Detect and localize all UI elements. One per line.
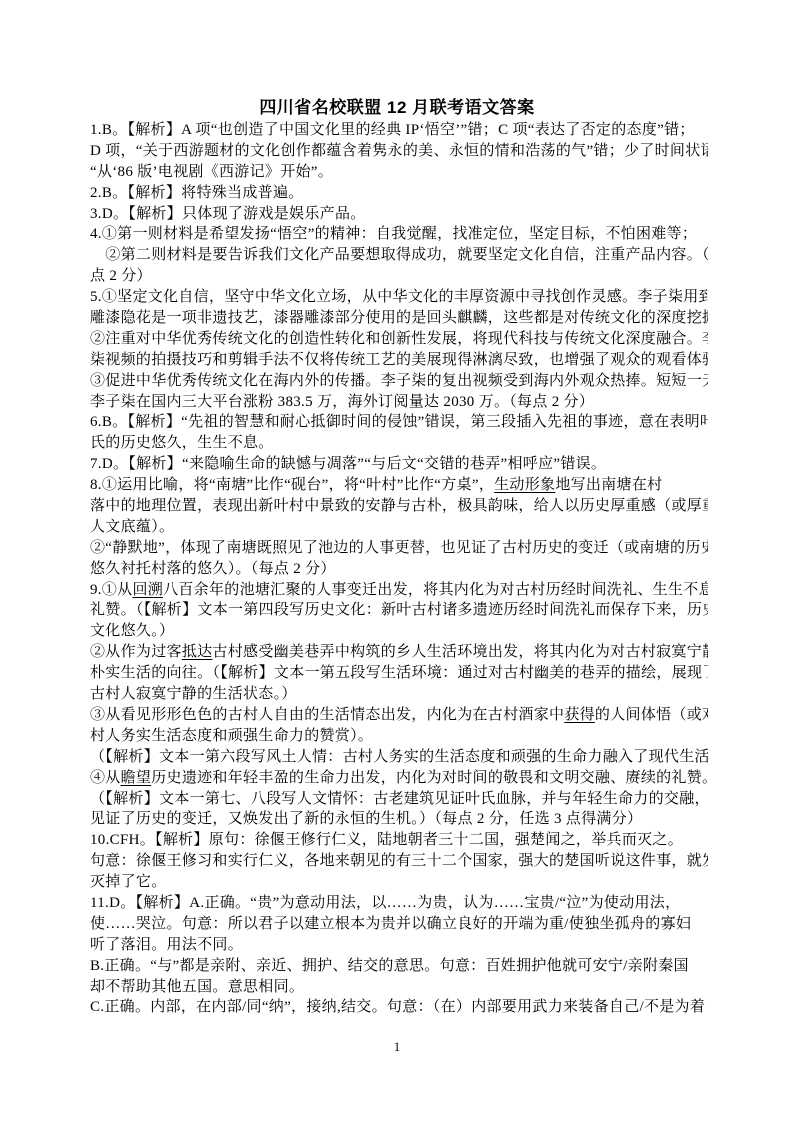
- text-line: 5.①坚定文化自信，坚守中华文化立场，从中华文化的丰厚资源中寻找创作灵感。李子柒…: [90, 287, 708, 308]
- text-segment: C.正确。内部，在内部/同“纳”，接纳,结交。句意：（在）内部要用武力来装备自己…: [90, 999, 705, 1015]
- text-line: ④从瞻望历史遗迹和年轻丰盈的生命力出发，内化为对时间的敬畏和文明交融、赓续的礼赞…: [90, 768, 708, 789]
- text-segment: 使……哭泣。句意：所以君子以建立根本为贵并以确立良好的开端为重/使独坐孤舟的寡妇: [90, 916, 691, 932]
- text-segment: 8.①运用比喻，将“南塘”比作“砚台”，将“叶村”比作“方桌”，: [90, 477, 494, 493]
- text-line: 11.D。【解析】A.正确。“贵”为意动用法，以……为贵，认为……宝贵/“泣”为…: [90, 893, 708, 914]
- text-line: 8.①运用比喻，将“南塘”比作“砚台”，将“叶村”比作“方桌”，生动形象地写出南…: [90, 475, 708, 496]
- text-line: 点 2 分）: [90, 266, 708, 287]
- text-line: （【解析】文本一第七、八段写人文情怀：古老建筑见证叶氏血脉，并与年轻生命力的交融…: [90, 789, 708, 810]
- text-segment: 11.D。【解析】A.正确。“贵”为意动用法，以……为贵，认为……宝贵/“泣”为…: [90, 895, 680, 911]
- text-segment: ②注重对中华优秀传统文化的创造性转化和创新性发展，将现代科技与传统文化深度融合。…: [90, 331, 708, 347]
- text-segment: 文化悠久。）: [90, 623, 174, 639]
- text-segment: 2.B。【解析】将特殊当成普遍。: [90, 185, 304, 201]
- text-segment: 1.B。【解析】A 项“也创造了中国文化里的经典 IP‘悟空’”错；C 项“表达…: [90, 122, 695, 138]
- text-segment: 点 2 分）: [90, 268, 152, 284]
- text-segment: 历史遗迹和年轻丰盈的生命力出发，内化为对时间的敬畏和文明交融、赓续的礼赞。: [151, 770, 708, 786]
- document-lines: 1.B。【解析】A 项“也创造了中国文化里的经典 IP‘悟空’”错；C 项“表达…: [90, 120, 708, 1018]
- text-segment: 句意：徐偃王修习和实行仁义，各地来朝见的有三十二个国家，强大的楚国听说这件事，就…: [90, 853, 708, 869]
- text-line: ③从看见形形色色的古村人自由的生活情态出发，内化为在古村酒家中获得的人间体悟（或…: [90, 705, 708, 726]
- text-line: 听了落泪。用法不同。: [90, 935, 708, 956]
- text-line: 使……哭泣。句意：所以君子以建立根本为贵并以确立良好的开端为重/使独坐孤舟的寡妇: [90, 914, 708, 935]
- text-segment: （【解析】文本一第六段写风土人情：古村人务实的生活态度和顽强的生命力融入了现代生…: [90, 749, 708, 765]
- text-segment: ③促进中华优秀传统文化在海内外的传播。李子柒的复出视频受到海内外观众热捧。短短一…: [90, 373, 708, 389]
- text-line: C.正确。内部，在内部/同“纳”，接纳,结交。句意：（在）内部要用武力来装备自己…: [90, 997, 708, 1018]
- text-segment: 10.CFH。【解析】原句：徐偃王修行仁义，陆地朝者三十二国，强楚闻之，举兵而灭…: [90, 832, 683, 848]
- text-line: 却不帮助其他五国。意思相同。: [90, 977, 708, 998]
- text-segment: 雕漆隐花是一项非遗技艺，漆器雕漆部分使用的是回头麒麟，这些都是对传统文化的深度挖…: [90, 310, 708, 326]
- text-line: ②“静默地”，体现了南塘既照见了池边的人事更替，也见证了古村历史的变迁（或南塘的…: [90, 538, 708, 559]
- underlined-text: 生动形象: [494, 477, 555, 493]
- text-segment: 地写出南塘在村: [555, 477, 662, 493]
- text-line: 3.D。【解析】只体现了游戏是娱乐产品。: [90, 204, 708, 225]
- text-line: 1.B。【解析】A 项“也创造了中国文化里的经典 IP‘悟空’”错；C 项“表达…: [90, 120, 708, 141]
- document-page: 四川省名校联盟 12 月联考语文答案 1.B。【解析】A 项“也创造了中国文化里…: [0, 0, 794, 1123]
- text-line: “从‘86 版’电视剧《西游记》开始”。: [90, 162, 708, 183]
- text-line: 落中的地理位置，表现出新叶村中景致的安静与古朴，极具韵味，给人以历史厚重感（或厚…: [90, 496, 708, 517]
- text-line: 4.①第一则材料是希望发扬“悟空”的精神：自我觉醒，找准定位，坚定目标，不怕困难…: [90, 224, 708, 245]
- text-segment: 听了落泪。用法不同。: [90, 937, 243, 953]
- text-line: ②第二则材料是要告诉我们文化产品要想取得成功，就要坚定文化自信，注重产品内容。（…: [90, 245, 708, 266]
- text-segment: “从‘86 版’电视剧《西游记》开始”。: [90, 164, 333, 180]
- text-line: D 项，“关于西游题材的文化创作都蕴含着隽永的美、永恒的情和浩荡的气”错；少了时…: [90, 141, 708, 162]
- text-segment: 古村人寂寞宁静的生活状态。）: [90, 686, 297, 702]
- text-line: 悠久衬托村落的悠久）。（每点 2 分）: [90, 559, 708, 580]
- text-segment: 4.①第一则材料是希望发扬“悟空”的精神：自我觉醒，找准定位，坚定目标，不怕困难…: [90, 226, 697, 242]
- text-segment: 5.①坚定文化自信，坚守中华文化立场，从中华文化的丰厚资源中寻找创作灵感。李子柒…: [90, 289, 708, 305]
- text-line: ③促进中华优秀传统文化在海内外的传播。李子柒的复出视频受到海内外观众热捧。短短一…: [90, 371, 708, 392]
- text-segment: 7.D。【解析】“来隐喻生命的缺憾与凋落”“与后文“交错的巷弄”相呼应”错误。: [90, 456, 606, 472]
- text-segment: 礼赞。（【解析】文本一第四段写历史文化：新叶古村诸多遗迹历经时间洗礼而保存下来，…: [90, 602, 708, 618]
- text-segment: ②第二则材料是要告诉我们文化产品要想取得成功，就要坚定文化自信，注重产品内容。（…: [90, 247, 708, 263]
- text-segment: 6.B。【解析】“先祖的智慧和耐心抵御时间的侵蚀”错误，第三段插入先祖的事迹，意…: [90, 414, 708, 430]
- text-segment: 悠久衬托村落的悠久）。（每点 2 分）: [90, 561, 336, 577]
- text-segment: 氏的历史悠久，生生不息。: [90, 435, 274, 451]
- text-line: 9.①从回溯八百余年的池塘汇聚的人事变迁出发，将其内化为对古村历经时间洗礼、生生…: [90, 580, 708, 601]
- text-line: 6.B。【解析】“先祖的智慧和耐心抵御时间的侵蚀”错误，第三段插入先祖的事迹，意…: [90, 412, 708, 433]
- text-segment: （【解析】文本一第七、八段写人文情怀：古老建筑见证叶氏血脉，并与年轻生命力的交融…: [90, 791, 708, 807]
- text-line: 人文底蕴）。: [90, 517, 708, 538]
- text-line: 氏的历史悠久，生生不息。: [90, 433, 708, 454]
- underlined-text: 回溯: [132, 582, 163, 598]
- text-line: 灭掉了它。: [90, 872, 708, 893]
- text-line: 礼赞。（【解析】文本一第四段写历史文化：新叶古村诸多遗迹历经时间洗礼而保存下来，…: [90, 600, 708, 621]
- text-line: 柒视频的拍摄技巧和剪辑手法不仅将传统工艺的美展现得淋漓尽致，也增强了观众的观看体…: [90, 350, 708, 371]
- text-segment: 却不帮助其他五国。意思相同。: [90, 979, 304, 995]
- text-segment: 八百余年的池塘汇聚的人事变迁出发，将其内化为对古村历经时间洗礼、生生不息的: [163, 582, 708, 598]
- text-line: 文化悠久。）: [90, 621, 708, 642]
- text-segment: 9.①从: [90, 582, 132, 598]
- text-line: 2.B。【解析】将特殊当成普遍。: [90, 183, 708, 204]
- text-segment: D 项，“关于西游题材的文化创作都蕴含着隽永的美、永恒的情和浩荡的气”错；少了时…: [90, 143, 708, 159]
- text-line: 雕漆隐花是一项非遗技艺，漆器雕漆部分使用的是回头麒麟，这些都是对传统文化的深度挖…: [90, 308, 708, 329]
- text-line: B.正确。“与”都是亲附、亲近、拥护、结交的意思。句意：百姓拥护他就可安宁/亲附…: [90, 956, 708, 977]
- text-line: 7.D。【解析】“来隐喻生命的缺憾与凋落”“与后文“交错的巷弄”相呼应”错误。: [90, 454, 708, 475]
- text-segment: 3.D。【解析】只体现了游戏是娱乐产品。: [90, 206, 366, 222]
- text-segment: ②从作为过客: [90, 644, 182, 660]
- text-segment: ④从: [90, 770, 121, 786]
- page-number-label: 1: [0, 1040, 794, 1055]
- text-line: 村人务实生活态度和顽强生命力的赞赏）。: [90, 726, 708, 747]
- text-segment: B.正确。“与”都是亲附、亲近、拥护、结交的意思。句意：百姓拥护他就可安宁/亲附…: [90, 958, 689, 974]
- text-segment: 柒视频的拍摄技巧和剪辑手法不仅将传统工艺的美展现得淋漓尽致，也增强了观众的观看体…: [90, 352, 708, 368]
- text-segment: 李子柒在国内三大平台涨粉 383.5 万，海外订阅量达 2030 万。（每点 2…: [90, 394, 594, 410]
- text-line: ②从作为过客抵达古村感受幽美巷弄中构筑的乡人生活环境出发，将其内化为对古村寂寞宁…: [90, 642, 708, 663]
- underlined-text: 抵达: [182, 644, 213, 660]
- text-line: 古村人寂寞宁静的生活状态。）: [90, 684, 708, 705]
- text-line: （【解析】文本一第六段写风土人情：古村人务实的生活态度和顽强的生命力融入了现代生…: [90, 747, 708, 768]
- text-segment: ③从看见形形色色的古村人自由的生活情态出发，内化为在古村酒家中: [90, 707, 564, 723]
- text-segment: 古村感受幽美巷弄中构筑的乡人生活环境出发，将其内化为对古村寂寞宁静、: [212, 644, 708, 660]
- text-line: 朴实生活的向往。（【解析】文本一第五段写生活环境：通过对古村幽美的巷弄的描绘，展…: [90, 663, 708, 684]
- text-segment: ②“静默地”，体现了南塘既照见了池边的人事更替，也见证了古村历史的变迁（或南塘的…: [90, 540, 708, 556]
- text-segment: 人文底蕴）。: [90, 519, 174, 535]
- text-segment: 落中的地理位置，表现出新叶村中景致的安静与古朴，极具韵味，给人以历史厚重感（或厚…: [90, 498, 708, 514]
- text-segment: 灭掉了它。: [90, 874, 167, 890]
- text-line: ②注重对中华优秀传统文化的创造性转化和创新性发展，将现代科技与传统文化深度融合。…: [90, 329, 708, 350]
- text-line: 10.CFH。【解析】原句：徐偃王修行仁义，陆地朝者三十二国，强楚闻之，举兵而灭…: [90, 830, 708, 851]
- underlined-text: 获得: [564, 707, 595, 723]
- text-line: 李子柒在国内三大平台涨粉 383.5 万，海外订阅量达 2030 万。（每点 2…: [90, 392, 708, 413]
- text-segment: 见证了历史的变迁，又焕发出了新的永恒的生机。）（每点 2 分，任选 3 点得满分…: [90, 811, 642, 827]
- text-segment: 的人间体悟（或对古: [595, 707, 708, 723]
- text-line: 句意：徐偃王修习和实行仁义，各地来朝见的有三十二个国家，强大的楚国听说这件事，就…: [90, 851, 708, 872]
- text-segment: 朴实生活的向往。（【解析】文本一第五段写生活环境：通过对古村幽美的巷弄的描绘，展…: [90, 665, 708, 681]
- underlined-text: 瞻望: [121, 770, 152, 786]
- text-segment: 村人务实生活态度和顽强生命力的赞赏）。: [90, 728, 373, 744]
- text-line: 见证了历史的变迁，又焕发出了新的永恒的生机。）（每点 2 分，任选 3 点得满分…: [90, 809, 708, 830]
- page-title: 四川省名校联盟 12 月联考语文答案: [0, 93, 794, 118]
